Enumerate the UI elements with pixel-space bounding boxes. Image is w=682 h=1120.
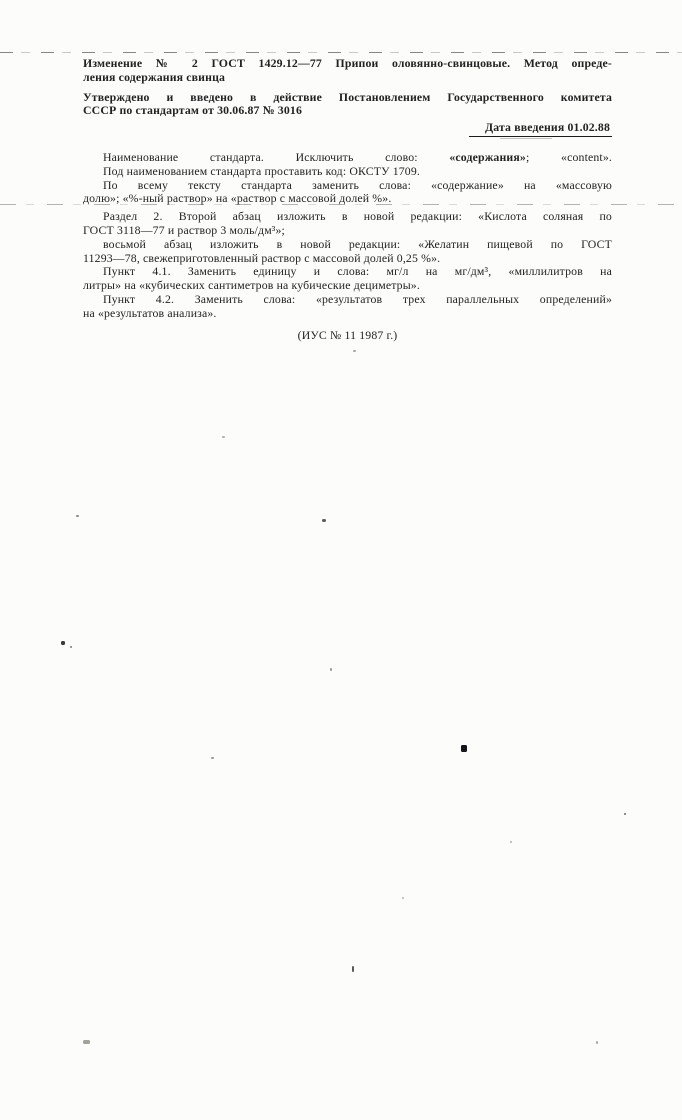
ink-speck [624,813,626,815]
scanned-document-page: Изменение № 2 ГОСТ 1429.12—77 Припои оло… [0,0,682,1120]
text-run: Под наименованием стандарта проставить к… [103,164,420,178]
text-run: на «результатов анализа». [83,306,217,320]
ink-speck [322,519,326,522]
amendment-global-replace-line-1: По всему тексту стандарта заменить слова… [83,179,612,193]
amendment-section-2: Раздел 2. Второй абзац изложить в новой … [83,210,612,238]
amendment-code: Под наименованием стандарта проставить к… [83,165,612,179]
text-run: Пункт 4.2. Заменить слова: «результатов … [103,292,612,306]
text-run: долю»; «%-ный раствор» на «раствор с мас… [83,191,391,205]
ink-speck [211,757,214,759]
text-run: По всему тексту стандарта заменить слова… [103,178,612,192]
ink-speck [353,350,356,352]
scan-artifact-top-rule [0,52,682,53]
amendment-clause-4-2-line-1: Пункт 4.2. Заменить слова: «результатов … [83,293,612,307]
text-run: восьмой абзац изложить в новой редакции:… [103,237,612,251]
text-run: Утверждено и введено в действие Постанов… [83,90,612,104]
standard-title-line-1: Изменение № 2 ГОСТ 1429.12—77 Припои оло… [83,57,612,71]
amendment-clause-4-2: Пункт 4.2. Заменить слова: «результатов … [83,293,612,321]
text-run: ГОСТ 3118—77 и раствор 3 моль/дм³»; [83,223,285,237]
amendment-global-replace: По всему тексту стандарта заменить слова… [83,179,612,207]
amendment-name: Наименование стандарта. Исключить слово:… [83,151,612,165]
text-run: Дата введения 01.02.88 [485,120,610,134]
text-run: 11293—78, свежеприготовленный раствор с … [83,251,440,265]
emphasized-text: «содержания» [449,150,526,164]
document-content: Изменение № 2 ГОСТ 1429.12—77 Припои оло… [83,57,612,342]
ink-speck [83,1040,90,1044]
text-run: Изменение № 2 ГОСТ 1429.12—77 Припои оло… [83,56,612,70]
effective-date-line-1: Дата введения 01.02.88 [83,121,612,137]
amendment-section-2-para-8-line-2: 11293—78, свежеприготовленный раствор с … [83,252,612,266]
text-run: ; «content». [526,150,612,164]
amendment-code-line-1: Под наименованием стандарта проставить к… [83,165,612,179]
ink-speck [352,966,354,972]
text-run: Пункт 4.1. Заменить единицу и слова: мг/… [103,264,612,278]
ink-speck [70,646,72,648]
amendment-clause-4-2-line-2: на «результатов анализа». [83,307,612,321]
text-run: Раздел 2. Второй абзац изложить в новой … [103,209,612,223]
text-run: (ИУС № 11 1987 г.) [298,328,398,342]
ink-speck [461,745,467,752]
source-reference: (ИУС № 11 1987 г.) [83,329,612,343]
amendment-clause-4-1-line-2: литры» на «кубических сантиметров на куб… [83,279,612,293]
ink-speck [76,515,79,517]
amendment-section-2-line-1: Раздел 2. Второй абзац изложить в новой … [83,210,612,224]
amendment-section-2-para-8: восьмой абзац изложить в новой редакции:… [83,238,612,266]
effective-date: Дата введения 01.02.88 [83,121,612,137]
text-run: литры» на «кубических сантиметров на куб… [83,278,420,292]
amendment-section-2-para-8-line-1: восьмой абзац изложить в новой редакции:… [83,238,612,252]
approval-statement-line-2: СССР по стандартам от 30.06.87 № 3016 [83,104,612,118]
amendment-name-line-1: Наименование стандарта. Исключить слово:… [83,151,612,165]
ink-speck [330,668,332,671]
effective-date-underlined-text: Дата введения 01.02.88 [469,121,612,137]
amendment-section-2-line-2: ГОСТ 3118—77 и раствор 3 моль/дм³»; [83,224,612,238]
ink-speck [596,1041,598,1044]
ink-speck [402,897,404,899]
ink-speck [222,436,225,438]
source-reference-line-1: (ИУС № 11 1987 г.) [83,329,612,343]
amendment-global-replace-line-2: долю»; «%-ный раствор» на «раствор с мас… [83,192,612,206]
ink-speck [510,841,512,843]
text-run: Наименование стандарта. Исключить слово: [103,150,449,164]
text-run: ления содержания свинца [83,70,225,84]
approval-statement-line-1: Утверждено и введено в действие Постанов… [83,91,612,105]
approval-statement: Утверждено и введено в действие Постанов… [83,91,612,119]
amendment-clause-4-1-line-1: Пункт 4.1. Заменить единицу и слова: мг/… [83,265,612,279]
text-run: СССР по стандартам от 30.06.87 № 3016 [83,103,302,117]
standard-title: Изменение № 2 ГОСТ 1429.12—77 Припои оло… [83,57,612,85]
ink-speck [61,641,65,645]
amendment-clause-4-1: Пункт 4.1. Заменить единицу и слова: мг/… [83,265,612,293]
standard-title-line-2: ления содержания свинца [83,71,612,85]
